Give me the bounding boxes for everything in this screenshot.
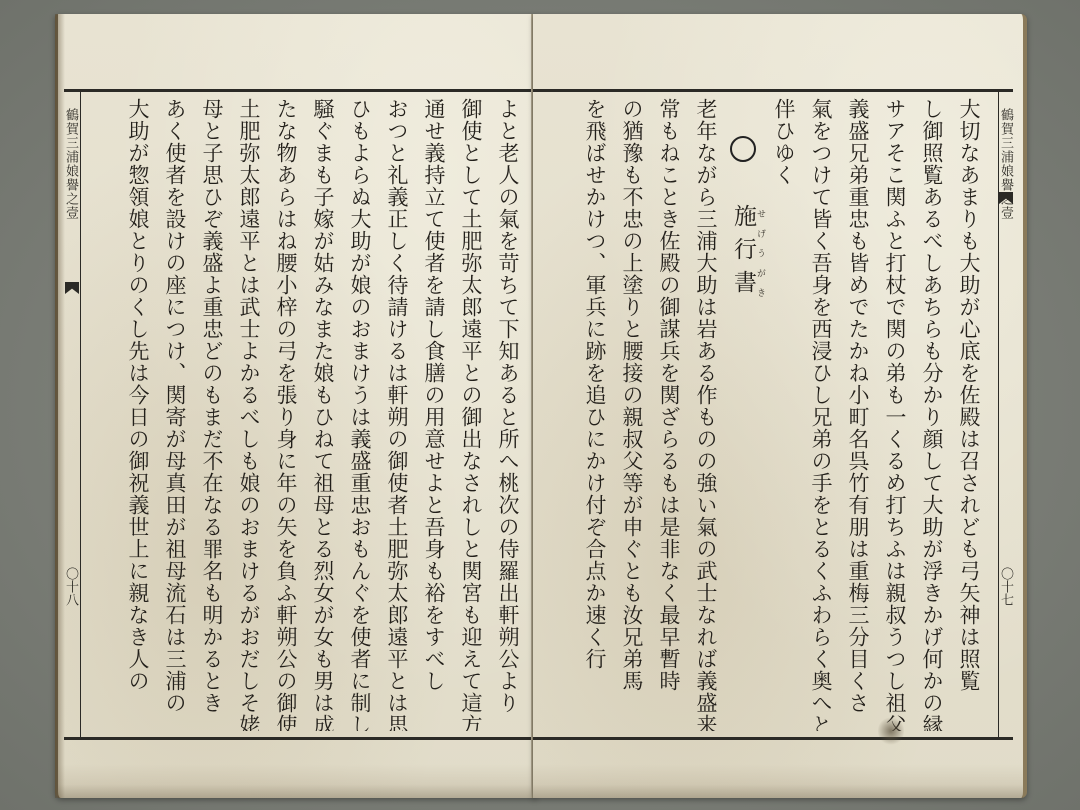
section-heading-text: 施行書せげうがき [730, 204, 756, 303]
text-column: たな物あらはね腰小梓の弓を張り身に年の矢を負ふ軒朔公の御使 [267, 98, 304, 731]
text-column: 土肥弥太郎遠平とは武士よかるべしも娘のおまけるがおだしそ姥 [230, 98, 267, 731]
worn-page-edge [533, 764, 1023, 798]
worn-page-edge [58, 764, 536, 798]
circle-mark-icon [730, 136, 756, 162]
text-column: サアそこ関ふと打杖で関の弟も一くるめ打ちふは親叔うつし祖父 [876, 98, 913, 731]
right-text-body: 大切なあまりも大助が心底を佐殿は召されども弓矢神は照覧 し御照覧あるべしあちらも… [543, 98, 987, 731]
ink-stain [878, 716, 904, 746]
text-column: を飛ばせかけつ、軍兵に跡を追ひにかけ付ぞ合点か速く行 [576, 98, 613, 731]
left-page-frame: 鶴賀三浦娘譽之壹 〇十八 よと老人の氣を苛ちて下知あると所へ桃次の侍羅出軒朔公よ… [64, 89, 536, 740]
text-column: 母と子思ひぞ義盛よ重忠どのもまだ不在なる罪名も明かるとき [193, 98, 230, 731]
text-column: 大切なあまりも大助が心底を佐殿は召されども弓矢神は照覧 [950, 98, 987, 731]
text-column: の猶豫も不忠の上塗りと腰接の親叔父等が申ぐとも汝兄弟馬 [613, 98, 650, 731]
right-margin-title: 鶴賀三浦娘譽之壹 [999, 92, 1015, 737]
right-page-frame: 鶴賀三浦娘譽之壹 〇十七 大切なあまりも大助が心底を佐殿は召されども弓矢神は照覧… [533, 89, 1013, 740]
margin-rule [80, 92, 81, 737]
text-column: あく使者を設けの座につけ、関寄が母真田が祖母流石は三浦の [156, 98, 193, 731]
text-column: 老年ながら三浦大助は岩ある作ものの強い氣の武士なれば義盛来て [687, 98, 724, 731]
text-column: よと老人の氣を苛ちて下知あると所へ桃次の侍羅出軒朔公より [489, 98, 526, 731]
text-column: 騒ぐまも子嫁が姑みなまた娘もひねて祖母とる烈女が女も男は成は [304, 98, 341, 731]
open-book: 鶴賀三浦娘譽之壹 〇十八 よと老人の氣を苛ちて下知あると所へ桃次の侍羅出軒朔公よ… [55, 14, 1023, 798]
right-page: 鶴賀三浦娘譽之壹 〇十七 大切なあまりも大助が心底を佐殿は召されども弓矢神は照覧… [533, 14, 1027, 798]
text-column: 大助が惣領娘とりのくし先は今日の御祝義世上に親なき人の [119, 98, 156, 731]
text-column: ひもよらぬ大助が娘のおまけうは義盛重忠おもんぐを使者に制して [341, 98, 378, 731]
text-column: おつと礼義正しく待請けるは軒朔の御使者土肥弥太郎遠平とは思 [378, 98, 415, 731]
left-margin-title: 鶴賀三浦娘譽之壹 [64, 92, 80, 737]
left-page: 鶴賀三浦娘譽之壹 〇十八 よと老人の氣を苛ちて下知あると所へ桃次の侍羅出軒朔公よ… [55, 14, 536, 798]
right-page-number: 〇十七 [999, 567, 1015, 606]
text-column: し御照覧あるべしあちらも分かり顔して大助が浮きかげ何かの縁 [913, 98, 950, 731]
text-column: 義盛兄弟重忠も皆めでたかね小町名呉竹有朋は重梅三分目くさ [839, 98, 876, 731]
section-heading: 施行書せげうがき [724, 98, 765, 731]
text-column: 常もねことき佐殿の御謀兵を関ざらるもは是非なく最早暫時 [650, 98, 687, 731]
text-column: 御使として土肥弥太郎遠平との御出なされしと関宮も迎えて這方へ [452, 98, 489, 731]
text-column: 通せ義持立て使者を請し食膳の用意せよと吾身も裕をすべし [415, 98, 452, 731]
left-text-body: よと老人の氣を苛ちて下知あると所へ桃次の侍羅出軒朔公より 御使として土肥弥太郎遠… [88, 98, 526, 731]
left-page-number: 〇十八 [64, 567, 80, 606]
text-column: 氣をつけて皆く吾身を西浸ひし兄弟の手をとるくふわらく奥へと [802, 98, 839, 731]
text-column: 伴ひゆく [765, 98, 802, 731]
